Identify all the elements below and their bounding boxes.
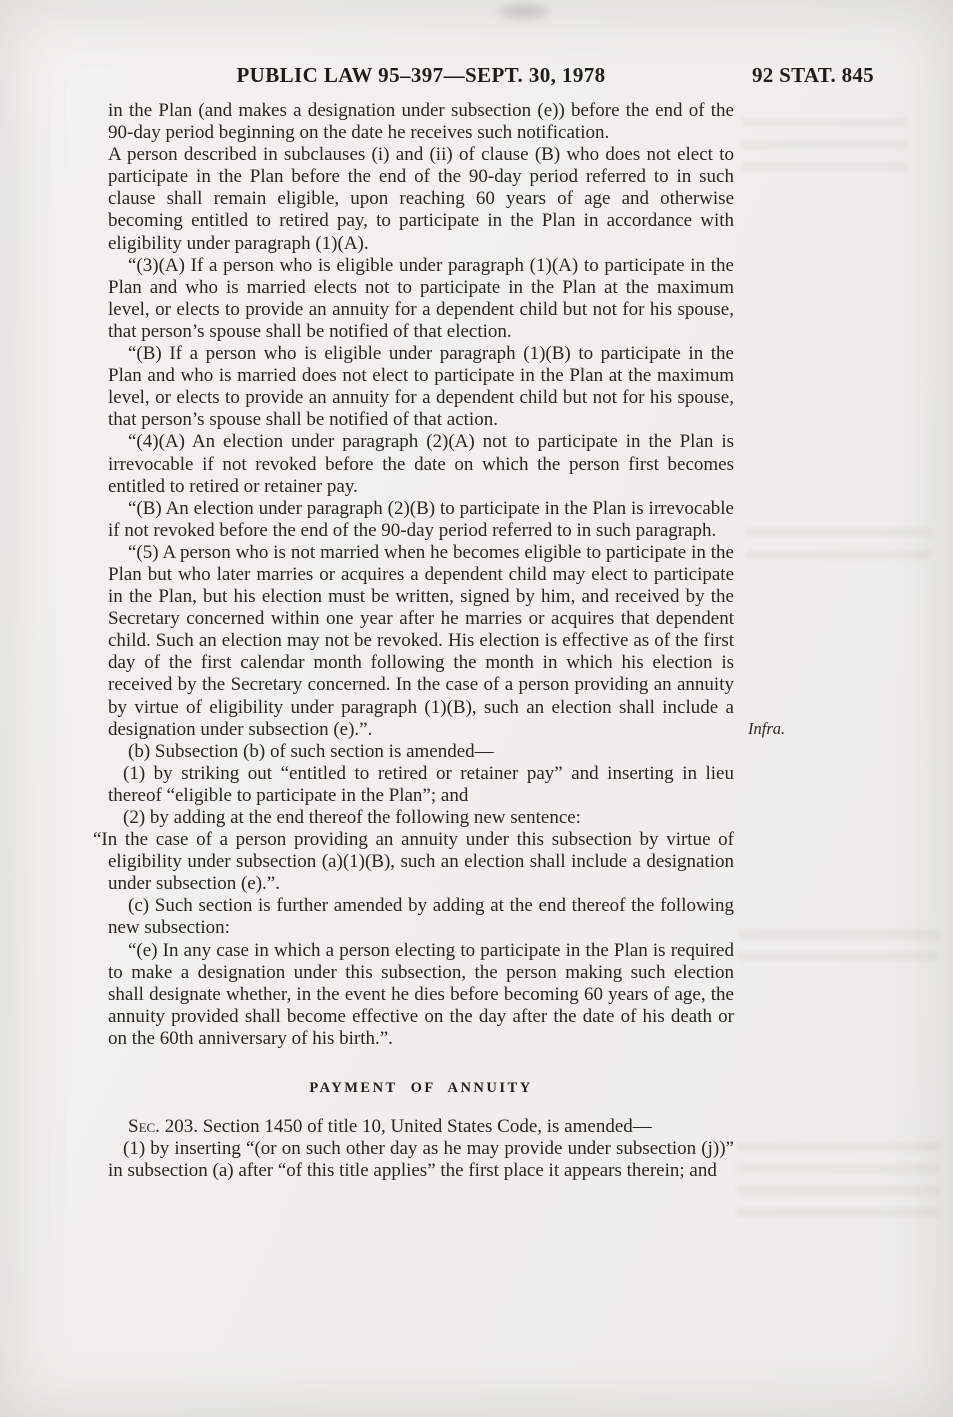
scan-bleedthrough xyxy=(736,1142,940,1218)
sec-label: Sec. xyxy=(128,1116,160,1137)
paragraph-4A: “(4)(A) An election under paragraph (2)(… xyxy=(108,431,734,497)
scan-bleedthrough xyxy=(746,528,931,562)
continuation-clause: in the Plan (and makes a designation und… xyxy=(108,100,734,144)
page-header: PUBLIC LAW 95–397—SEPT. 30, 1978 92 STAT… xyxy=(0,63,953,89)
paragraph-3B: “(B) If a person who is eligible under p… xyxy=(108,343,734,431)
section-heading: PAYMENT OF ANNUITY xyxy=(108,1077,734,1099)
subsection-c-intro: (c) Such section is further amended by a… xyxy=(108,895,734,939)
sec-203-intro: Sec. 203. Section 1450 of title 10, Unit… xyxy=(108,1116,734,1138)
amendment-item-2: (2) by adding at the end thereof the fol… xyxy=(108,807,734,829)
flush-paragraph: A person described in subclauses (i) and… xyxy=(108,144,734,254)
paragraph-4B: “(B) An election under paragraph (2)(B) … xyxy=(108,498,734,542)
statute-page: PUBLIC LAW 95–397—SEPT. 30, 1978 92 STAT… xyxy=(0,0,953,1417)
subsection-e-text: “(e) In any case in which a person elect… xyxy=(108,940,734,1050)
stat-citation: 92 STAT. 845 xyxy=(752,63,874,88)
amendment-item-1: (1) by striking out “entitled to retired… xyxy=(108,763,734,807)
statute-text-column: in the Plan (and makes a designation und… xyxy=(108,100,734,1182)
scan-artifact xyxy=(500,4,548,19)
paragraph-5-text: “(5) A person who is not married when he… xyxy=(108,542,734,740)
scan-bleedthrough xyxy=(738,930,938,968)
scan-bleedthrough xyxy=(742,118,907,176)
margin-note-infra: Infra. xyxy=(748,718,785,740)
quoted-new-sentence: “In the case of a person providing an an… xyxy=(108,829,734,895)
paragraph-5: “(5) A person who is not married when he… xyxy=(108,542,734,741)
paragraph-3A: “(3)(A) If a person who is eligible unde… xyxy=(108,255,734,343)
law-title: PUBLIC LAW 95–397—SEPT. 30, 1978 xyxy=(108,63,734,88)
subsection-b-intro: (b) Subsection (b) of such section is am… xyxy=(108,741,734,763)
sec-203-text: 203. Section 1450 of title 10, United St… xyxy=(160,1116,652,1137)
sec-203-item-1: (1) by inserting “(or on such other day … xyxy=(108,1138,734,1182)
